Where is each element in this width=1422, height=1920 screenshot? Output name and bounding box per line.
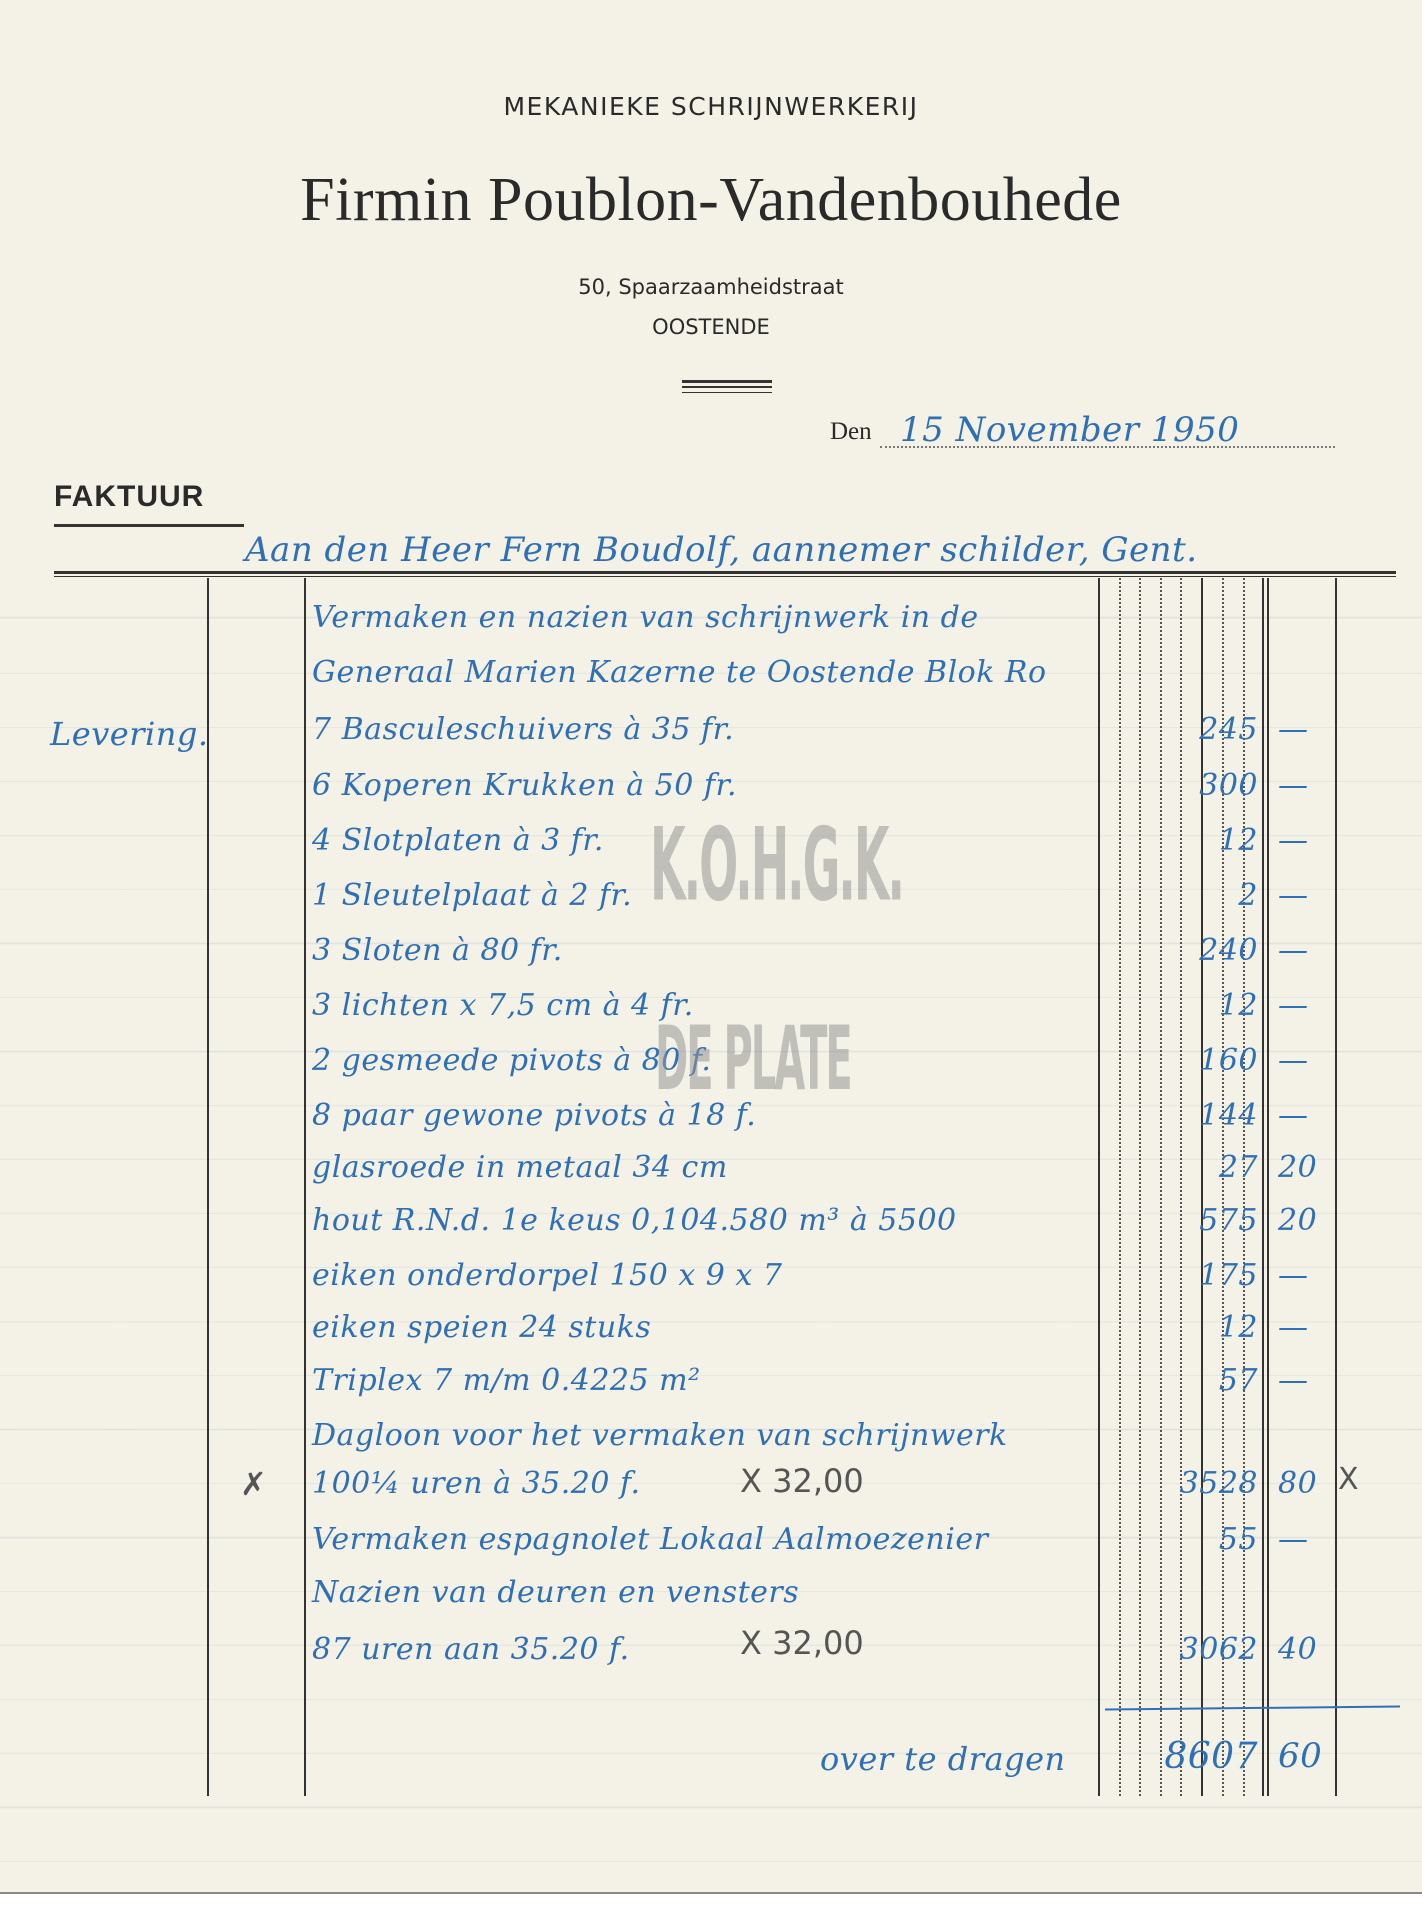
column-rule: [1201, 578, 1203, 1796]
line-item-francs: 3528: [1180, 1466, 1258, 1501]
line-item-cents: 80: [1278, 1466, 1317, 1501]
faktuur-underline: [54, 524, 244, 527]
line-item-francs: 575: [1199, 1203, 1258, 1238]
line-item-francs: 12: [1219, 1310, 1258, 1345]
column-rule: [207, 578, 209, 1796]
line-item-cents: —: [1278, 1258, 1309, 1293]
line-item-description: glasroede in metaal 34 cm: [312, 1150, 728, 1185]
total-cents: 60: [1278, 1736, 1322, 1776]
column-dotted-rule: [1119, 578, 1121, 1796]
line-item-francs: 240: [1199, 933, 1258, 968]
line-item-cents: —: [1278, 1363, 1309, 1398]
line-item-description: Vermaken espagnolet Lokaal Aalmoezenier: [312, 1522, 988, 1557]
total-label: over te dragen: [820, 1740, 1066, 1778]
line-item-description: eiken speien 24 stuks: [312, 1310, 651, 1345]
line-item-cents: —: [1278, 988, 1309, 1023]
line-item-francs: 3062: [1180, 1632, 1258, 1667]
line-item-francs: 144: [1199, 1098, 1258, 1133]
watermark: K.O.H.G.K.: [650, 805, 903, 924]
column-rule: [304, 578, 306, 1796]
column-dotted-rule: [1139, 578, 1141, 1796]
column-rule: [1098, 578, 1100, 1796]
line-item-description: 100¼ uren à 35.20 f.: [312, 1466, 641, 1501]
line-item-cents: —: [1278, 712, 1309, 747]
ornament-rule: [682, 392, 772, 393]
line-item-description: Dagloon voor het vermaken van schrijnwer…: [312, 1418, 1008, 1453]
line-item-cents: —: [1278, 1310, 1309, 1345]
intro-line: Vermaken en nazien van schrijnwerk in de: [312, 600, 979, 635]
line-item-francs: 245: [1199, 712, 1258, 747]
line-item-cents: 20: [1278, 1203, 1317, 1238]
column-rule-double: [1267, 578, 1269, 1796]
line-item-francs: 27: [1219, 1150, 1258, 1185]
line-item-description: 1 Sleutelplaat à 2 fr.: [312, 878, 632, 913]
line-item-francs: 55: [1219, 1522, 1258, 1557]
column-dotted-rule: [1180, 578, 1182, 1796]
street-address: 50, Spaarzaamheidstraat: [0, 275, 1422, 299]
line-item-cents: 20: [1278, 1150, 1317, 1185]
pencil-note: X 32,00: [740, 1462, 864, 1500]
margin-note: Levering.: [50, 715, 209, 753]
header-rule-thin: [54, 576, 1396, 577]
column-rule: [1335, 578, 1337, 1796]
line-item-description: 7 Basculeschuivers à 35 fr.: [312, 712, 734, 747]
recipient: Aan den Heer Fern Boudolf, aannemer schi…: [245, 530, 1198, 570]
date-label: Den: [830, 418, 872, 446]
column-dotted-rule: [1243, 578, 1245, 1796]
line-item-description: Triplex 7 m/m 0.4225 m²: [312, 1363, 701, 1398]
header-rule: [54, 571, 1396, 574]
document-type: FAKTUUR: [54, 480, 204, 514]
line-item-cents: —: [1278, 768, 1309, 803]
line-item-francs: 57: [1219, 1363, 1258, 1398]
line-item-francs: 12: [1219, 823, 1258, 858]
column-dotted-rule: [1222, 578, 1224, 1796]
line-item-cents: —: [1278, 878, 1309, 913]
line-item-cents: —: [1278, 823, 1309, 858]
letterhead-area: [0, 0, 1422, 600]
line-item-description: 3 lichten x 7,5 cm à 4 fr.: [312, 988, 694, 1023]
line-item-francs: 12: [1219, 988, 1258, 1023]
line-item-francs: 175: [1199, 1258, 1258, 1293]
line-item-cents: 40: [1278, 1632, 1317, 1667]
line-item-description: 2 gesmeede pivots à 80 f.: [312, 1043, 711, 1078]
city: OOSTENDE: [0, 315, 1422, 339]
line-item-cents: —: [1278, 1098, 1309, 1133]
line-item-francs: 2: [1238, 878, 1258, 913]
date-value: 15 November 1950: [900, 410, 1239, 450]
line-item-description: 4 Slotplaten à 3 fr.: [312, 823, 604, 858]
column-rule-double: [1262, 578, 1264, 1796]
total-francs: 8607: [1164, 1736, 1258, 1777]
line-item-cents: —: [1278, 933, 1309, 968]
line-item-description: 3 Sloten à 80 fr.: [312, 933, 563, 968]
watermark: DE PLATE: [655, 1010, 851, 1111]
company-name: Firmin Poublon-Vandenbouhede: [0, 165, 1422, 236]
line-item-cents: —: [1278, 1522, 1309, 1557]
line-item-description: 6 Koperen Krukken à 50 fr.: [312, 768, 737, 803]
line-item-description: Nazien van deuren en vensters: [312, 1575, 799, 1610]
pencil-note: X 32,00: [740, 1624, 864, 1662]
trade-subtitle: MEKANIEKE SCHRIJNWERKERIJ: [0, 92, 1422, 121]
column-dotted-rule: [1160, 578, 1162, 1796]
line-item-francs: 300: [1199, 768, 1258, 803]
line-item-cents: —: [1278, 1043, 1309, 1078]
check-mark: ✗: [240, 1465, 267, 1503]
line-item-description: eiken onderdorpel 150 x 9 x 7: [312, 1258, 782, 1293]
line-item-description: 87 uren aan 35.20 f.: [312, 1632, 630, 1667]
check-mark: X: [1338, 1462, 1359, 1497]
line-item-description: hout R.N.d. 1e keus 0,104.580 m³ à 5500: [312, 1203, 957, 1238]
intro-line: Generaal Marien Kazerne te Oostende Blok…: [312, 655, 1047, 690]
ornament-rule: [682, 380, 772, 383]
line-item-francs: 160: [1199, 1043, 1258, 1078]
ornament-rule: [682, 386, 772, 388]
